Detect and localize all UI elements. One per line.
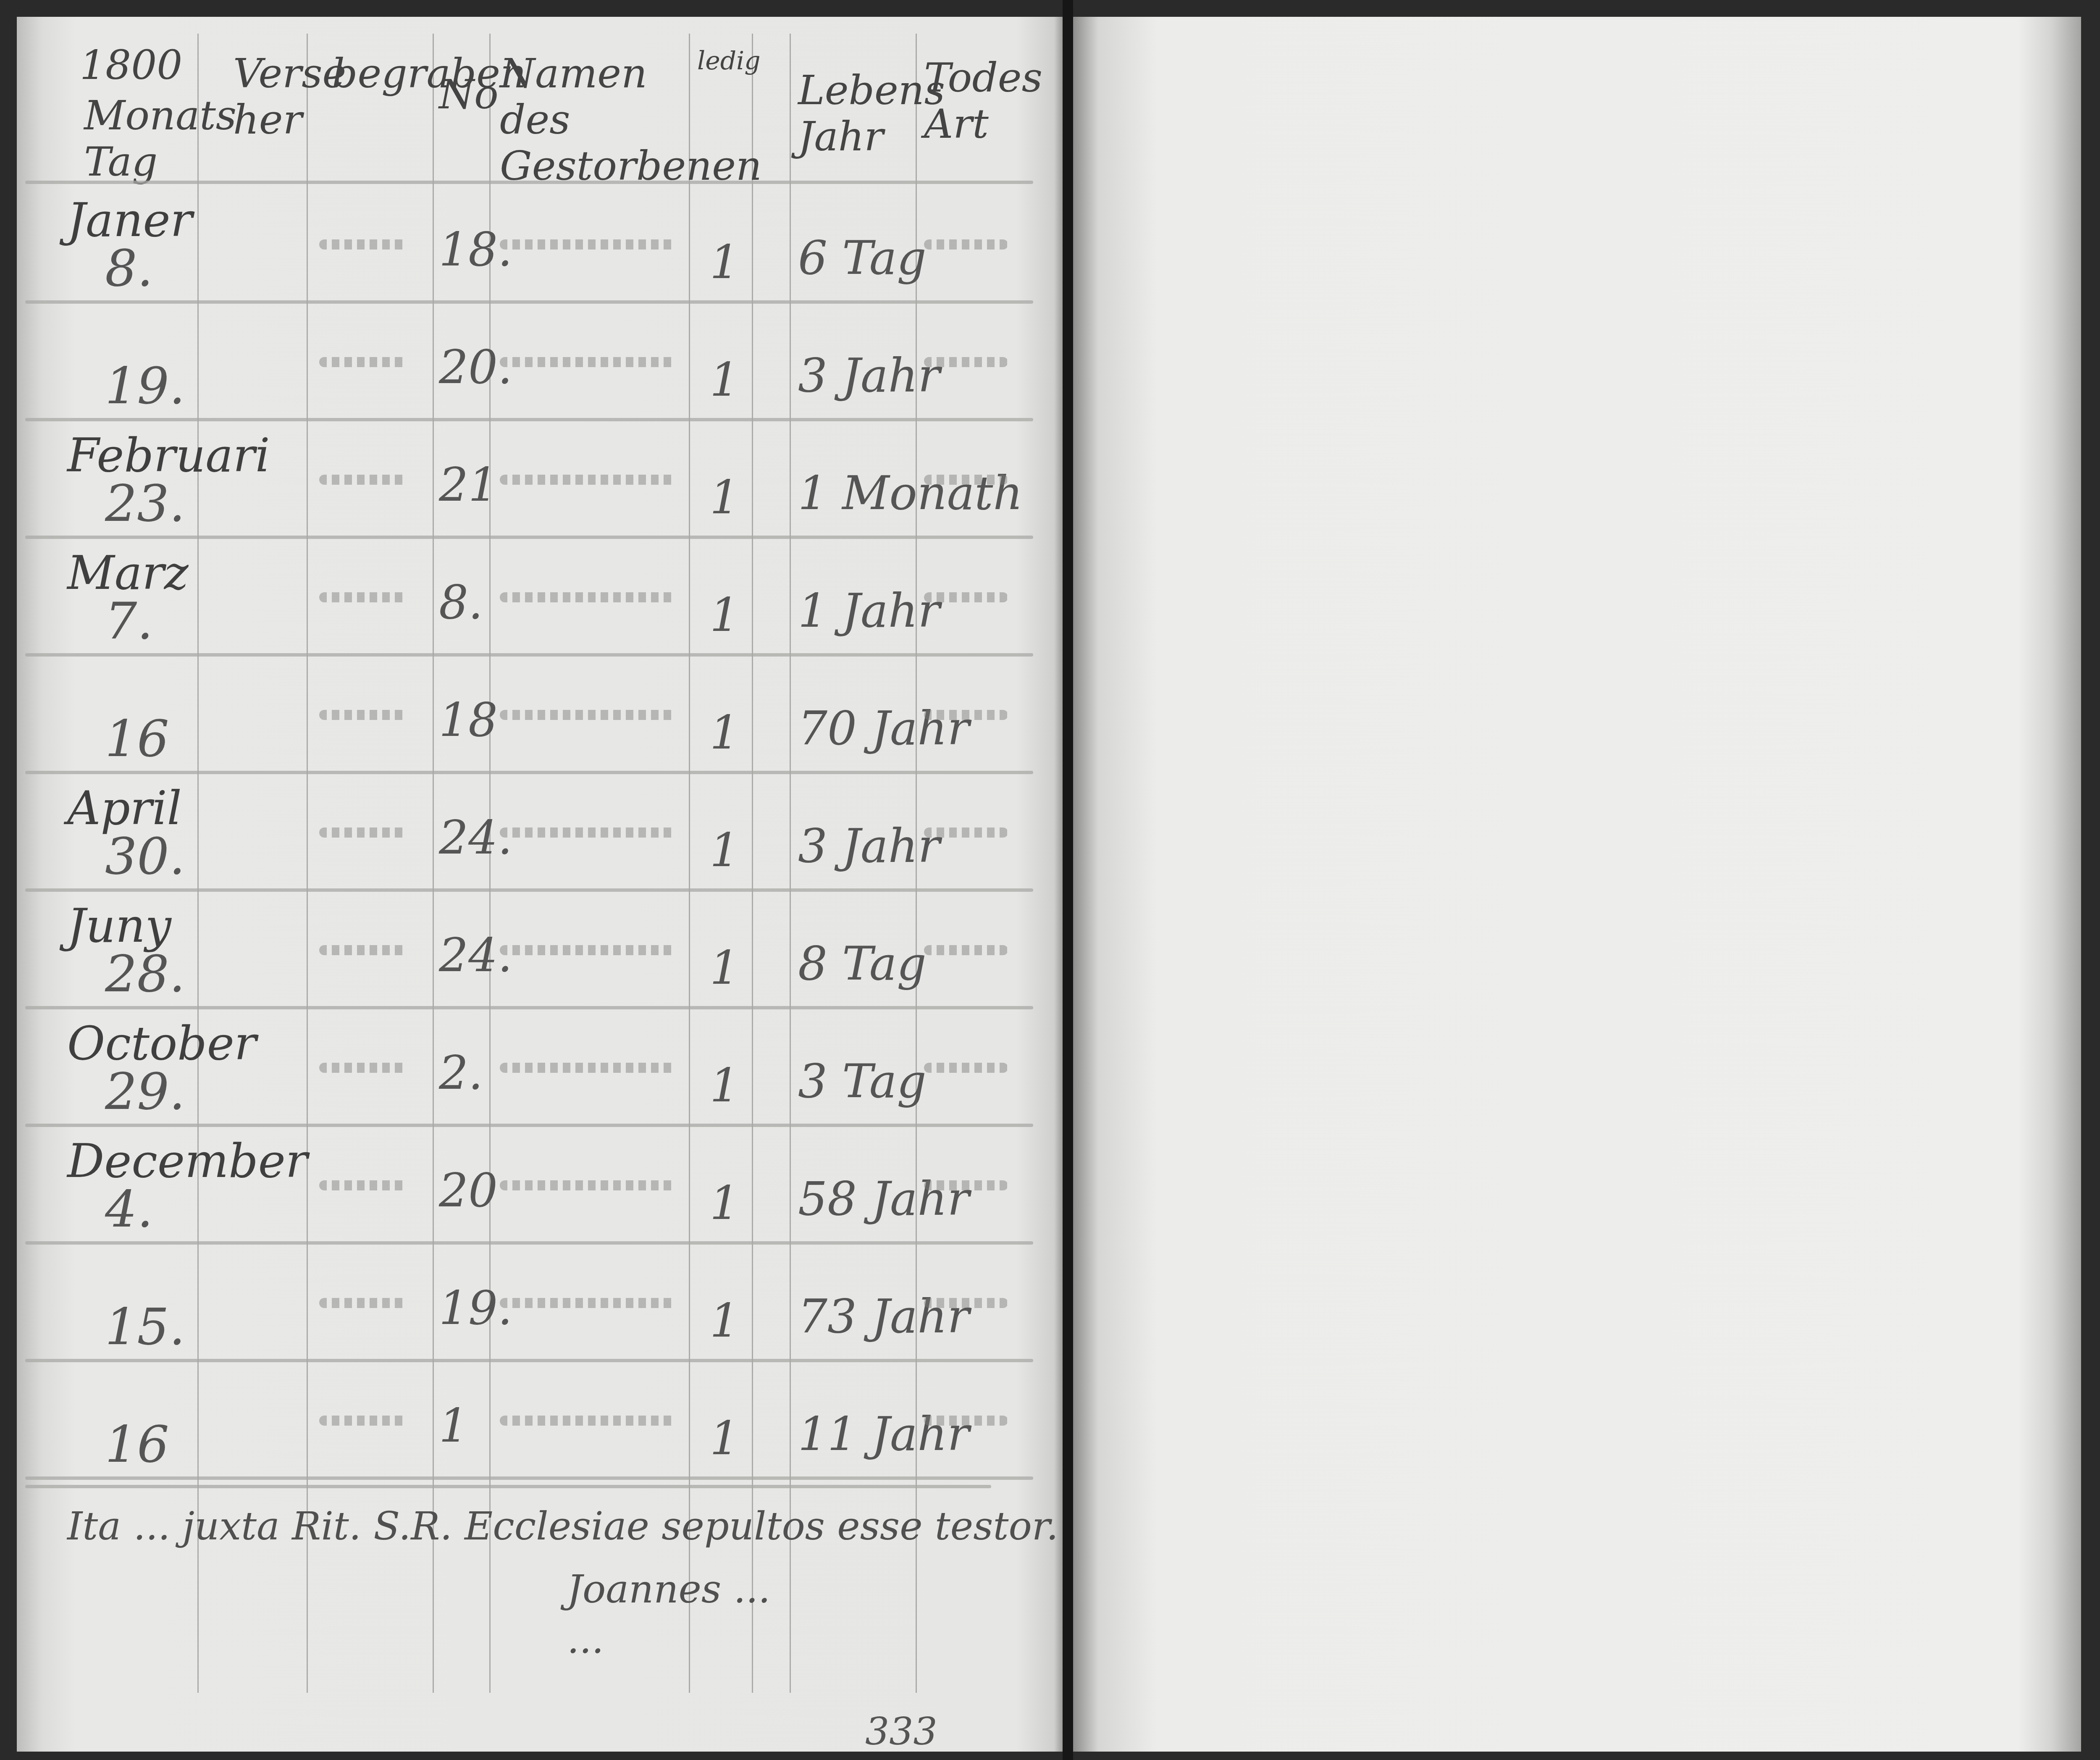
column-rule — [433, 34, 434, 1693]
illegible-handwriting — [924, 239, 1008, 250]
row-day: 30. — [105, 827, 185, 886]
row-house-number: 18. — [439, 223, 512, 276]
illegible-handwriting — [924, 592, 1008, 602]
signature-line-2: ... — [567, 1617, 604, 1662]
row-age: 3 Tag — [798, 1054, 927, 1108]
illegible-handwriting — [319, 827, 407, 838]
row-house-number: 19. — [439, 1281, 512, 1335]
row-month: October — [67, 1017, 256, 1070]
row-month: December — [67, 1134, 307, 1188]
row-divider — [25, 536, 1033, 539]
header-age: Lebens Jahr — [798, 67, 911, 160]
row-house-number: 2. — [439, 1046, 483, 1100]
illegible-handwriting — [319, 357, 407, 367]
header-house-no: No — [439, 71, 499, 118]
illegible-handwriting — [924, 1416, 1008, 1426]
illegible-handwriting — [319, 1180, 407, 1190]
illegible-handwriting — [500, 827, 676, 838]
row-age: 1 Jahr — [798, 584, 940, 638]
illegible-handwriting — [319, 710, 407, 720]
row-divider — [25, 300, 1033, 304]
row-day: 23. — [105, 475, 185, 533]
illegible-handwriting — [500, 1416, 676, 1426]
row-divider — [25, 771, 1033, 774]
header-versehen: Verse her — [233, 50, 304, 143]
illegible-handwriting — [500, 592, 676, 602]
right-page-blank — [1073, 17, 2081, 1752]
illegible-handwriting — [500, 1063, 676, 1073]
row-month: Janer — [67, 193, 192, 247]
row-house-number: 20 — [439, 1164, 498, 1217]
illegible-handwriting — [319, 1063, 407, 1073]
row-month: Februari — [67, 428, 270, 482]
row-day: 28. — [105, 945, 185, 1003]
row-divider — [25, 1476, 1033, 1480]
column-rule — [197, 34, 199, 1693]
row-house-number: 1 — [439, 1399, 468, 1453]
row-house-number: 20. — [439, 340, 512, 394]
row-divider — [25, 653, 1033, 657]
signature-line-1: Joannes ... — [567, 1567, 770, 1612]
book-gutter — [1063, 0, 1073, 1760]
illegible-handwriting — [500, 1180, 676, 1190]
row-house-number: 24. — [439, 811, 512, 864]
book-spread: 1800 Monats Tag Verse her begraben No Na… — [0, 0, 2100, 1760]
row-day: 16 — [105, 1416, 169, 1474]
illegible-handwriting — [319, 945, 407, 955]
row-age: 6 Tag — [798, 231, 927, 285]
header-name: Namen des Gestorbenen — [500, 50, 685, 189]
row-divider — [25, 1359, 1033, 1362]
row-divider — [25, 1241, 1033, 1245]
header-date: Monats Tag — [84, 92, 193, 185]
row-age: 3 Jahr — [798, 819, 940, 873]
illegible-handwriting — [500, 239, 676, 250]
row-day: 8. — [105, 239, 153, 298]
header-begraben: begraben — [332, 50, 428, 97]
column-rule — [689, 34, 690, 1693]
illegible-handwriting — [924, 357, 1008, 367]
illegible-handwriting — [924, 945, 1008, 955]
row-age: 8 Tag — [798, 937, 927, 990]
header-ledig: ledig — [697, 38, 761, 84]
column-rule — [307, 34, 308, 1693]
row-ledig-count: 1 — [710, 470, 739, 524]
row-divider — [25, 888, 1033, 892]
row-month: Marz — [67, 546, 189, 600]
row-ledig-count: 1 — [710, 1294, 739, 1348]
row-ledig-count: 1 — [710, 1411, 739, 1465]
row-ledig-count: 1 — [710, 588, 739, 642]
row-divider — [25, 418, 1033, 421]
row-divider — [25, 1006, 1033, 1009]
row-divider — [25, 1124, 1033, 1127]
attestation-note: Ita ... juxta Rit. S.R. Ecclesiae sepult… — [67, 1504, 1058, 1549]
row-day: 19. — [105, 357, 185, 415]
column-rule — [790, 34, 791, 1693]
illegible-handwriting — [500, 710, 676, 720]
row-house-number: 18 — [439, 693, 498, 747]
illegible-handwriting — [319, 475, 407, 485]
row-day: 7. — [105, 592, 153, 651]
row-divider — [25, 1485, 991, 1488]
row-day: 29. — [105, 1063, 185, 1121]
illegible-handwriting — [924, 475, 1008, 485]
row-day: 15. — [105, 1298, 185, 1356]
row-ledig-count: 1 — [710, 235, 739, 289]
illegible-handwriting — [319, 1298, 407, 1308]
header-year: 1800 — [80, 42, 182, 88]
header-cause: Todes Art — [924, 55, 1025, 147]
illegible-handwriting — [319, 1416, 407, 1426]
row-house-number: 24. — [439, 928, 512, 982]
row-age: 3 Jahr — [798, 349, 940, 402]
row-day: 16 — [105, 710, 169, 768]
page-number: 333 — [865, 1710, 937, 1754]
row-house-number: 8. — [439, 575, 483, 629]
illegible-handwriting — [319, 592, 407, 602]
illegible-handwriting — [924, 1063, 1008, 1073]
row-ledig-count: 1 — [710, 353, 739, 407]
row-ledig-count: 1 — [710, 1059, 739, 1112]
row-ledig-count: 1 — [710, 941, 739, 995]
row-divider — [25, 181, 1033, 184]
illegible-handwriting — [500, 357, 676, 367]
illegible-handwriting — [924, 827, 1008, 838]
row-month: April — [67, 781, 182, 835]
illegible-handwriting — [319, 239, 407, 250]
row-day: 4. — [105, 1180, 153, 1239]
row-ledig-count: 1 — [710, 1176, 739, 1230]
illegible-handwriting — [924, 1180, 1008, 1190]
illegible-handwriting — [500, 1298, 676, 1308]
row-ledig-count: 1 — [710, 706, 739, 759]
illegible-handwriting — [924, 1298, 1008, 1308]
column-rule — [752, 34, 753, 1693]
row-house-number: 21 — [439, 458, 498, 512]
row-ledig-count: 1 — [710, 823, 739, 877]
illegible-handwriting — [924, 710, 1008, 720]
illegible-handwriting — [500, 945, 676, 955]
illegible-handwriting — [500, 475, 676, 485]
row-month: Juny — [67, 899, 171, 953]
